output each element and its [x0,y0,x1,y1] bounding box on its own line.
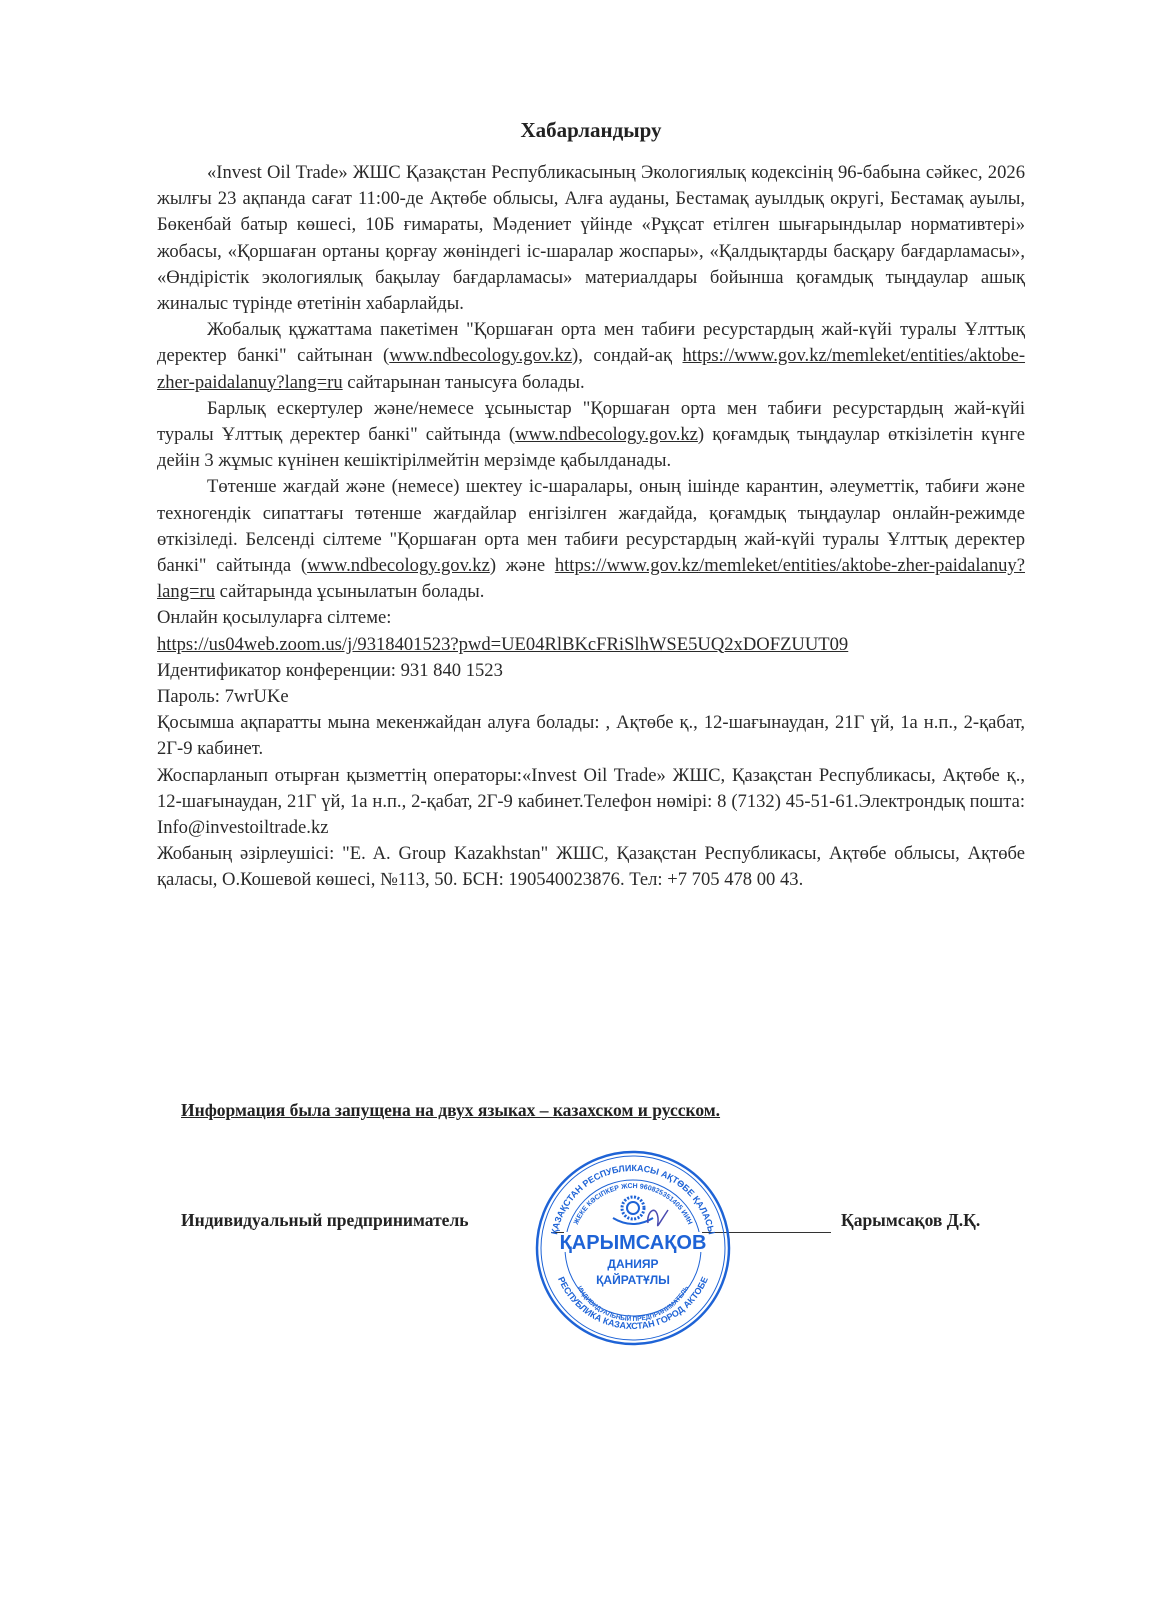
paragraph-documentation: Жобалық құжаттама пакетімен "Қоршаған ор… [157,317,1025,396]
paragraph-emergency: Төтенше жағдай және (немесе) шектеу іс-ш… [157,474,1025,605]
svg-text:ҚАРЫМСАҚОВ: ҚАРЫМСАҚОВ [560,1232,707,1254]
conference-password: Пароль: 7wrUKe [157,684,1025,710]
developer-info: Жобаның әзірлеушісі: "E. A. Group Kazakh… [157,841,1025,893]
ndbecology-link[interactable]: www.ndbecology.gov.kz [515,424,698,445]
languages-note: Информация была запущена на двух языках … [181,1100,720,1121]
svg-text:ЖЕКЕ КӘСІПКЕР ЖСН 960825351405: ЖЕКЕ КӘСІПКЕР ЖСН 960825351405 ИИН [573,1183,693,1227]
ndbecology-link[interactable]: www.ndbecology.gov.kz [307,555,490,576]
paragraph-comments: Барлық ескертулер және/немесе ұсыныстар … [157,396,1025,475]
conference-id: Идентификатор конференции: 931 840 1523 [157,658,1025,684]
signature-name: Қарымсақов Д.Қ. [841,1210,980,1231]
document-body: «Invest Oil Trade» ЖШС Қазақстан Республ… [157,160,1025,894]
document-title: Хабарландыру [157,118,1025,143]
paragraph-announcement: «Invest Oil Trade» ЖШС Қазақстан Республ… [157,160,1025,317]
text: сайтарында ұсынылатын болады. [215,581,484,602]
svg-text:ҚАЙРАТҰЛЫ: ҚАЙРАТҰЛЫ [596,1272,670,1287]
operator-info: Жоспарланып отырған қызметтің операторы:… [157,763,1025,842]
official-stamp-icon: ҚАЗАҚСТАН РЕСПУБЛИКАСЫ АҚТӨБЕ ҚАЛАСЫ ЖЕК… [528,1148,738,1348]
signature-role: Индивидуальный предприниматель [181,1210,469,1231]
additional-info: Қосымша ақпаратты мына мекенжайдан алуға… [157,710,1025,762]
zoom-link[interactable]: https://us04web.zoom.us/j/9318401523?pwd… [157,634,848,655]
online-link-label: Онлайн қосылуларға сілтеме: [157,605,1025,631]
ndbecology-link[interactable]: www.ndbecology.gov.kz [389,345,572,366]
svg-text:ДАНИЯР: ДАНИЯР [607,1257,658,1271]
text: ) және [490,555,555,576]
text: сайтарынан танысуға болады. [343,372,585,393]
text: ), сондай-ақ [572,345,682,366]
